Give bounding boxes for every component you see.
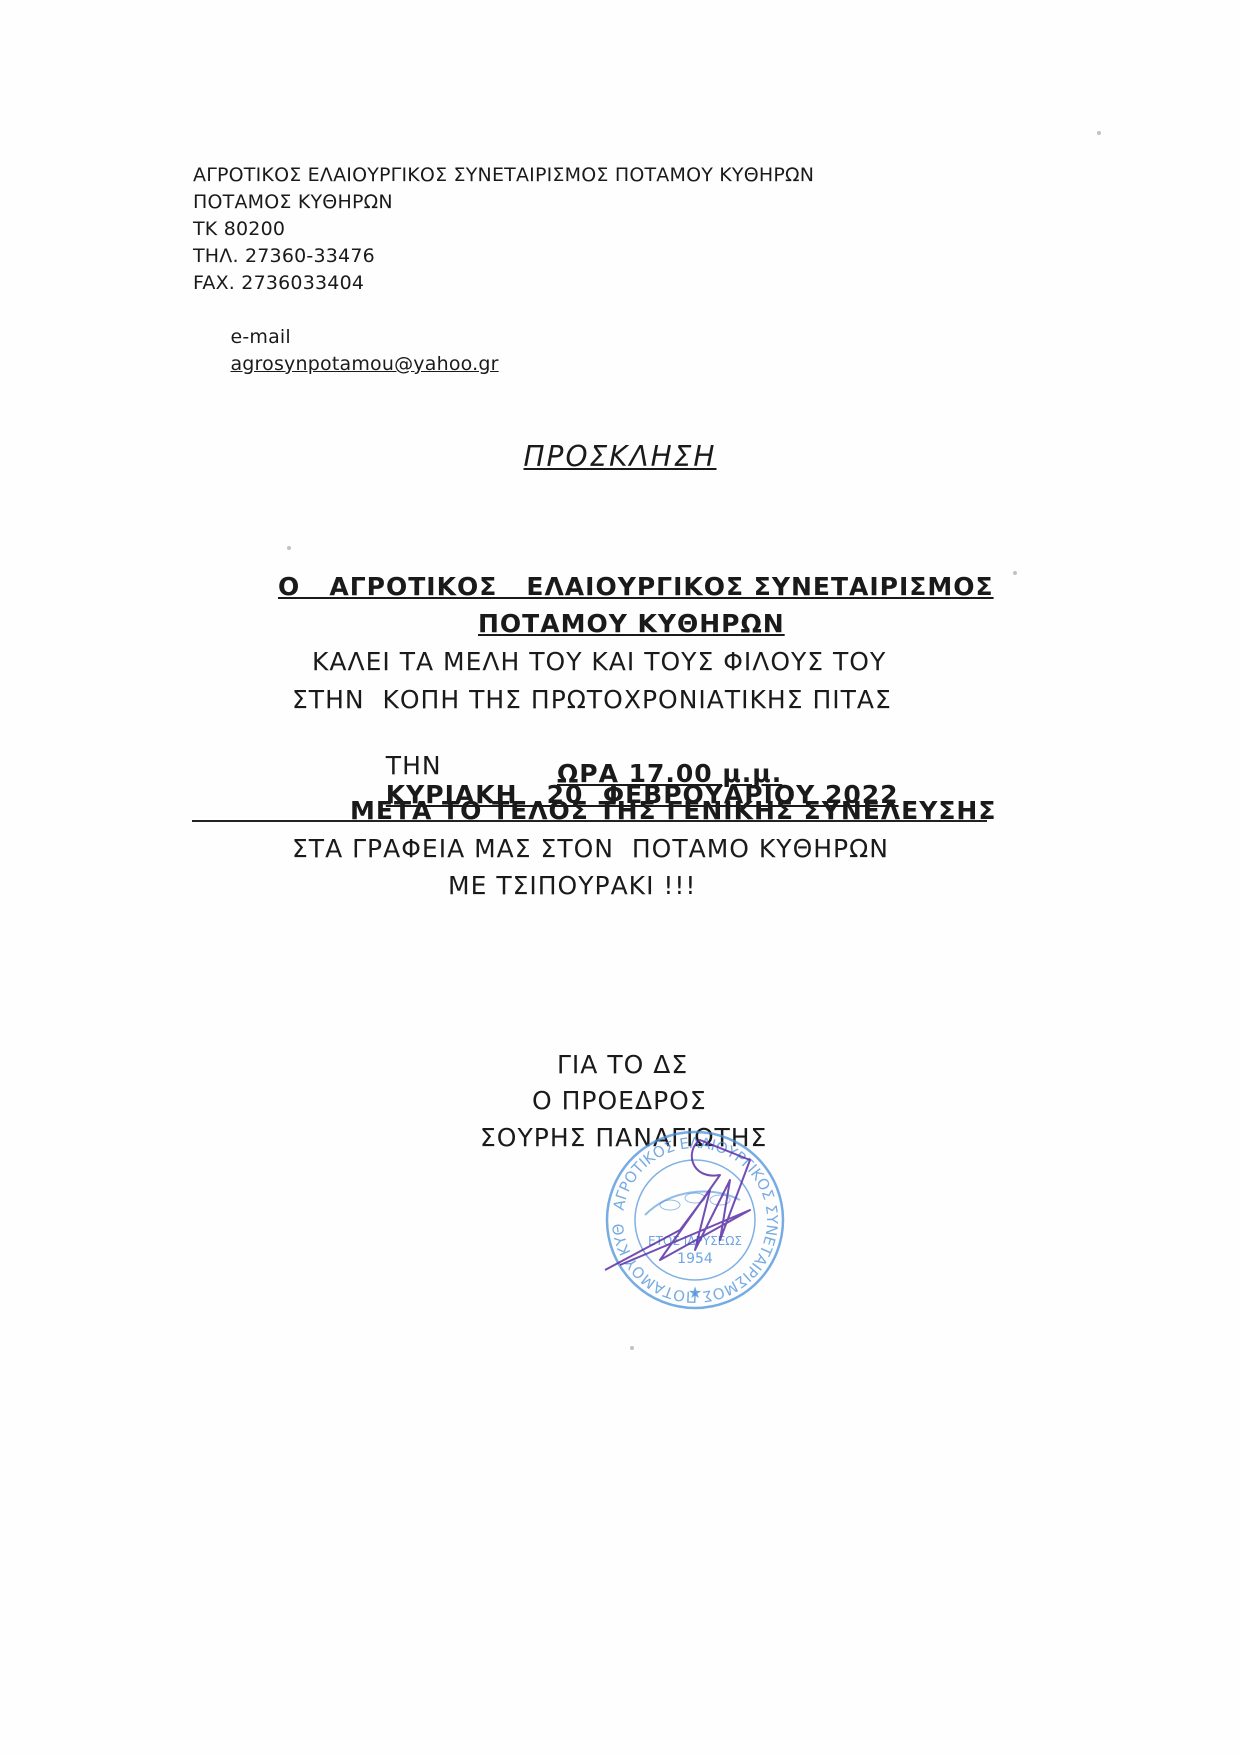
signature-line-1: ΓΙΑ ΤΟ ΔΣ <box>557 1050 688 1079</box>
document-title: ΠΡΟΣΚΛΗΣΗ <box>0 440 1240 473</box>
signature-line-2: Ο ΠΡΟΕΔΡΟΣ <box>532 1086 707 1115</box>
scan-speck <box>1013 571 1017 575</box>
org-location: ΠΟΤΑΜΟΣ ΚΥΘΗΡΩΝ <box>193 189 814 216</box>
svg-text:★: ★ <box>688 1283 702 1302</box>
postal-code: ΤΚ 80200 <box>193 216 814 243</box>
scan-speck <box>1097 131 1101 135</box>
email-label: e-mail <box>230 326 290 348</box>
body-line-5-prefix: ΤΗΝ <box>386 751 442 780</box>
letterhead: ΑΓΡΟΤΙΚΟΣ ΕΛΑΙΟΥΡΓΙΚΟΣ ΣΥΝΕΤΑΙΡΙΣΜΟΣ ΠΟΤ… <box>193 162 814 405</box>
scan-speck <box>287 546 291 550</box>
svg-text:1954: 1954 <box>677 1251 713 1267</box>
org-name: ΑΓΡΟΤΙΚΟΣ ΕΛΑΙΟΥΡΓΙΚΟΣ ΣΥΝΕΤΑΙΡΙΣΜΟΣ ΠΟΤ… <box>193 162 814 189</box>
cooperative-stamp-icon: ΑΓΡΟΤΙΚΟΣ ΕΛΑΙΟΥΡΓΙΚΟΣ ΣΥΝΕΤΑΙΡΙΣΜΟΣ ΠΟΤ… <box>600 1120 790 1320</box>
email-link[interactable]: agrosynpotamou@yahoo.gr <box>230 353 498 375</box>
scan-speck <box>630 1346 634 1350</box>
phone: ΤΗΛ. 27360-33476 <box>193 243 814 270</box>
document-page: ΑΓΡΟΤΙΚΟΣ ΕΛΑΙΟΥΡΓΙΚΟΣ ΣΥΝΕΤΑΙΡΙΣΜΟΣ ΠΟΤ… <box>0 0 1240 1755</box>
event-time: ΩΡΑ 17.00 μ.μ. <box>557 759 782 788</box>
body-line-8: ΣΤΑ ΓΡΑΦΕΙΑ ΜΑΣ ΣΤΟΝ ΠΟΤΑΜΟ ΚΥΘΗΡΩΝ <box>292 834 889 863</box>
body-line-1: Ο ΑΓΡΟΤΙΚΟΣ ΕΛΑΙΟΥΡΓΙΚΟΣ ΣΥΝΕΤΑΙΡΙΣΜΟΣ <box>278 572 994 601</box>
email-row: e-mail agrosynpotamou@yahoo.gr <box>193 297 814 405</box>
body-line-9: ΜΕ ΤΣΙΠΟΥΡΑΚΙ !!! <box>448 871 696 900</box>
fax: FAX. 2736033404 <box>193 270 814 297</box>
body-line-4: ΣΤΗΝ ΚΟΠΗ ΤΗΣ ΠΡΩΤΟΧΡΟΝΙΑΤΙΚΗΣ ΠΙΤΑΣ <box>292 685 892 714</box>
underline-rule <box>192 820 987 822</box>
body-line-2: ΠΟΤΑΜΟΥ ΚΥΘΗΡΩΝ <box>478 609 785 638</box>
body-line-3: ΚΑΛΕΙ ΤΑ ΜΕΛΗ ΤΟΥ ΚΑΙ ΤΟΥΣ ΦΙΛΟΥΣ ΤΟΥ <box>312 647 886 676</box>
